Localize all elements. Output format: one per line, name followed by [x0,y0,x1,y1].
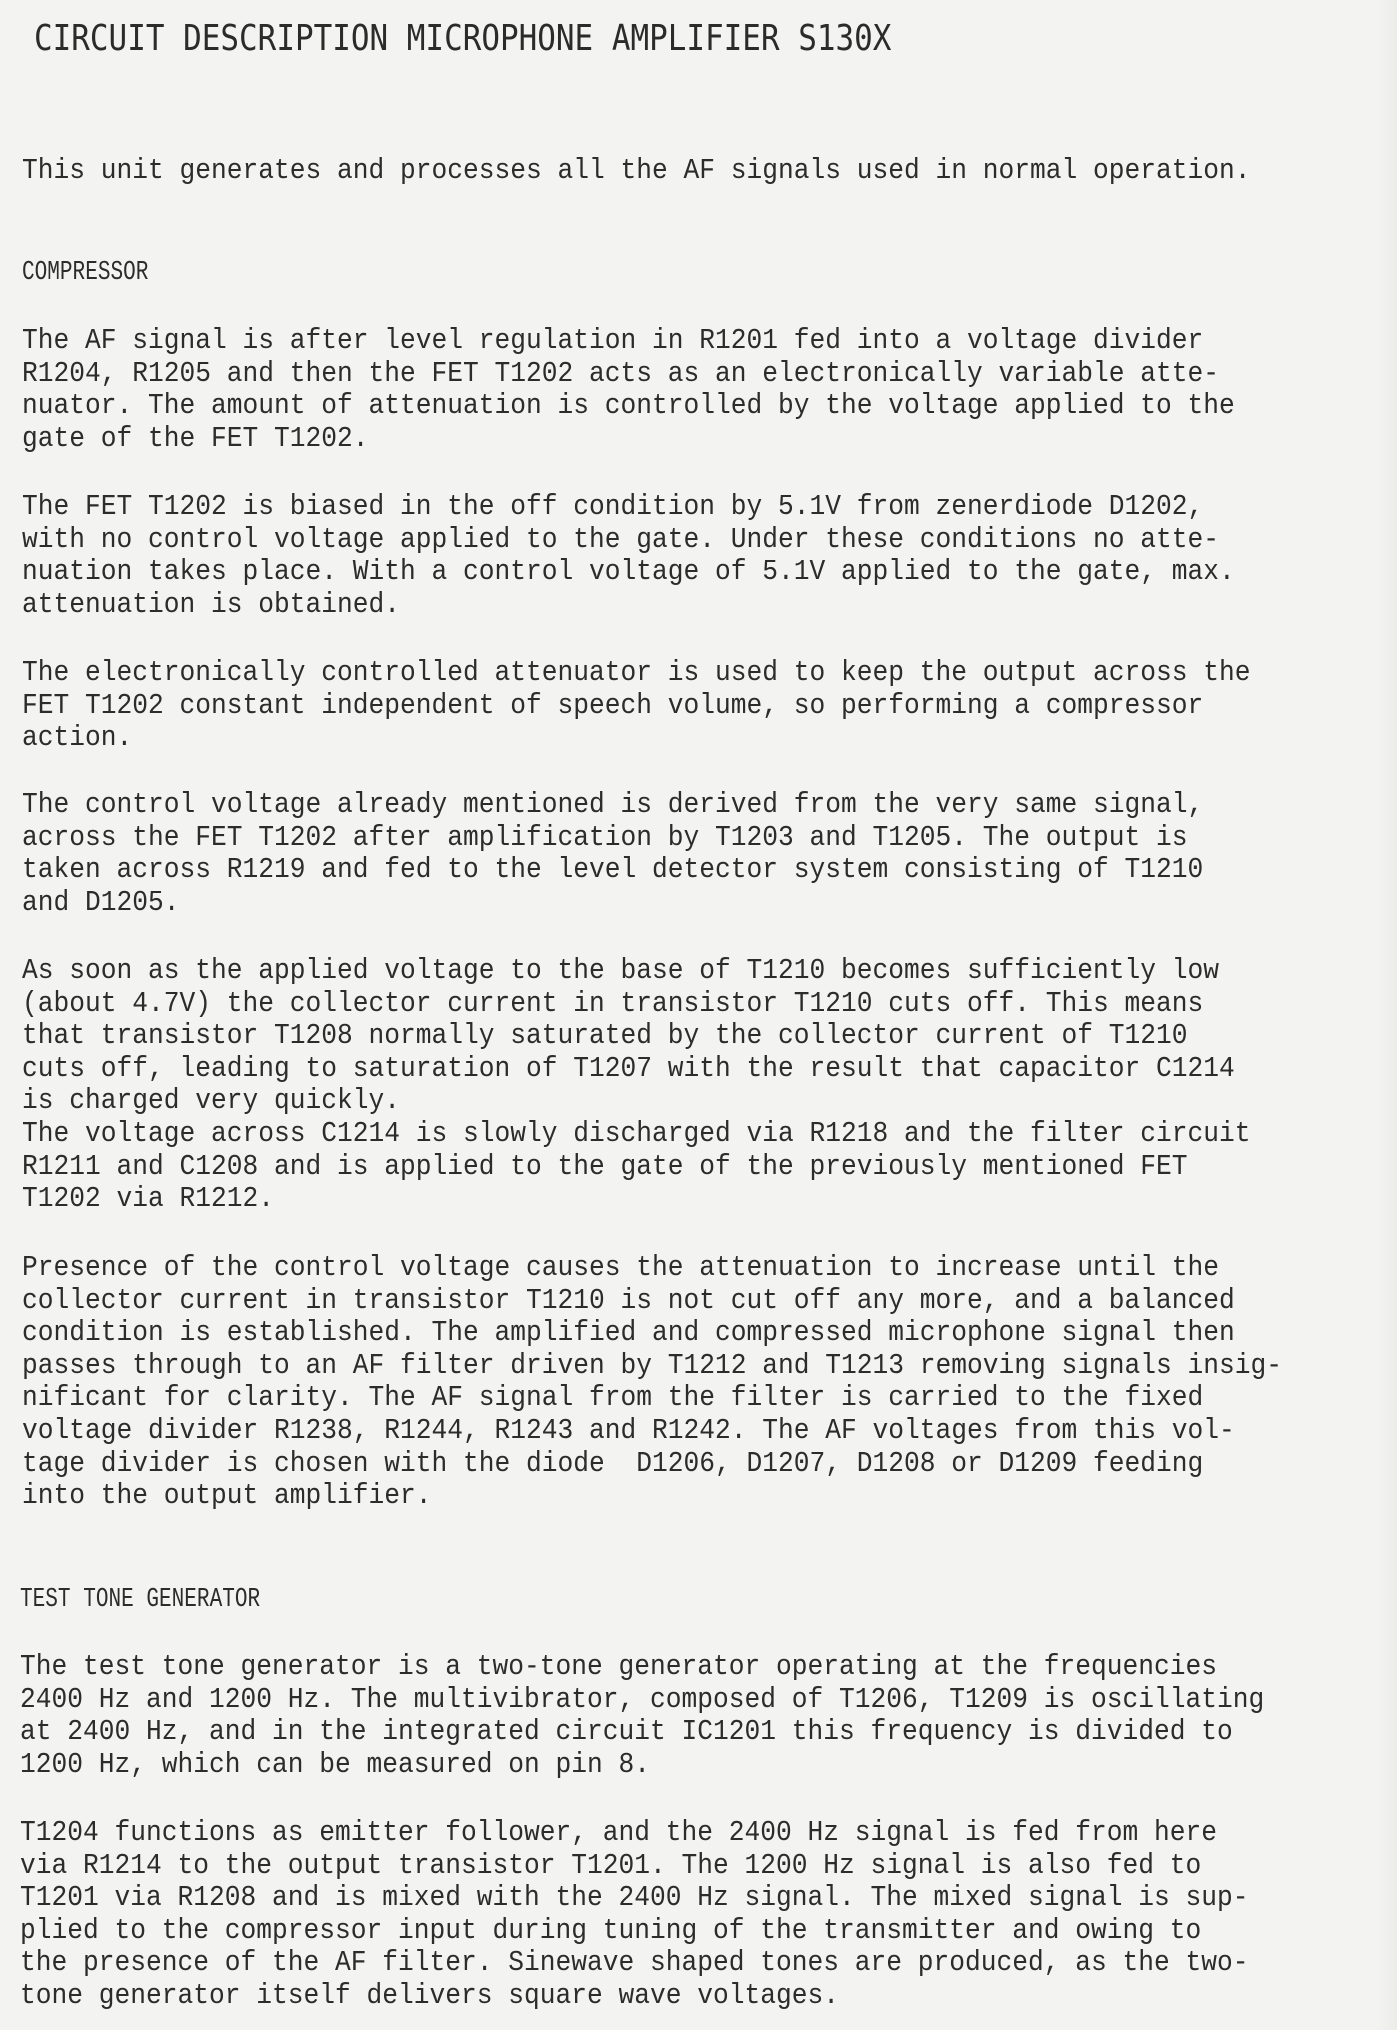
text-line: into the output amplifier. [22,1480,1282,1513]
text-line: collector current in transistor T1210 is… [22,1285,1282,1318]
text-line: 1200 Hz, which can be measured on pin 8. [20,1749,1264,1782]
text-line: T1201 via R1208 and is mixed with the 24… [20,1882,1248,1915]
text-line: 2400 Hz and 1200 Hz. The multivibrator, … [20,1684,1264,1717]
text-line: voltage divider R1238, R1244, R1243 and … [22,1415,1282,1448]
text-line: at 2400 Hz, and in the integrated circui… [20,1716,1264,1749]
text-line: The electronically controlled attenuator… [22,657,1250,690]
text-line: T1202 via R1212. [22,1183,1250,1216]
text-line: attenuation is obtained. [22,589,1235,622]
text-line: tage divider is chosen with the diode D1… [22,1448,1282,1481]
text-line: with no control voltage applied to the g… [22,524,1235,557]
scan-edge-shade [1377,0,1397,2030]
text-line: across the FET T1202 after amplification… [22,822,1203,855]
text-line: is charged very quickly. [22,1085,1250,1118]
text-line: The voltage across C1214 is slowly disch… [22,1118,1250,1151]
text-line: nuation takes place. With a control volt… [22,556,1235,589]
paragraph: The control voltage already mentioned is… [22,789,1327,919]
paragraph: As soon as the applied voltage to the ba… [22,955,1379,1216]
text-line: plied to the compressor input during tun… [20,1915,1248,1948]
document-page: CIRCUIT DESCRIPTION MICROPHONE AMPLIFIER… [0,0,1397,2030]
text-line: T1204 functions as emitter follower, and… [20,1817,1248,1850]
text-line: action. [22,722,1250,755]
paragraph: The electronically controlled attenuator… [22,657,1379,755]
text-line: FET T1202 constant independent of speech… [22,690,1250,723]
text-line: R1204, R1205 and then the FET T1202 acts… [22,358,1235,391]
text-line: passes through to an AF filter driven by… [22,1350,1282,1383]
text-line: (about 4.7V) the collector current in tr… [22,988,1250,1021]
text-line: As soon as the applied voltage to the ba… [22,955,1250,988]
text-line: nuator. The amount of attenuation is con… [22,390,1235,423]
text-line: The test tone generator is a two-tone ge… [20,1651,1264,1684]
text-line: nificant for clarity. The AF signal from… [22,1382,1282,1415]
text-line: that transistor T1208 normally saturated… [22,1020,1250,1053]
section-heading: COMPRESSOR [22,257,148,289]
text-line: tone generator itself delivers square wa… [20,1980,1248,2013]
paragraph: The AF signal is after level regulation … [22,325,1362,455]
text-line: taken across R1219 and fed to the level … [22,854,1203,887]
section-test-tone-generator: TEST TONE GENERATOR [20,1584,328,1616]
paragraph: Presence of the control voltage causes t… [22,1252,1397,1513]
paragraph: The test tone generator is a two-tone ge… [20,1651,1395,1781]
text-line: and D1205. [22,887,1203,920]
paragraph: The FET T1202 is biased in the off condi… [22,491,1362,621]
paragraph: T1204 functions as emitter follower, and… [20,1817,1377,2013]
section-heading: TEST TONE GENERATOR [20,1584,260,1616]
text-line: Presence of the control voltage causes t… [22,1252,1282,1285]
text-line: cuts off, leading to saturation of T1207… [22,1053,1250,1086]
text-line: via R1214 to the output transistor T1201… [20,1850,1248,1883]
text-line: gate of the FET T1202. [22,423,1235,456]
text-line: This unit generates and processes all th… [22,155,1250,188]
section-compressor: COMPRESSOR [22,257,184,289]
document-title: CIRCUIT DESCRIPTION MICROPHONE AMPLIFIER… [34,18,891,59]
text-line: the presence of the AF filter. Sinewave … [20,1947,1248,1980]
intro-paragraph: This unit generates and processes all th… [22,155,1379,188]
text-line: R1211 and C1208 and is applied to the ga… [22,1151,1250,1184]
text-line: condition is established. The amplified … [22,1317,1282,1350]
text-line: The AF signal is after level regulation … [22,325,1235,358]
text-line: The control voltage already mentioned is… [22,789,1203,822]
text-line: The FET T1202 is biased in the off condi… [22,491,1235,524]
